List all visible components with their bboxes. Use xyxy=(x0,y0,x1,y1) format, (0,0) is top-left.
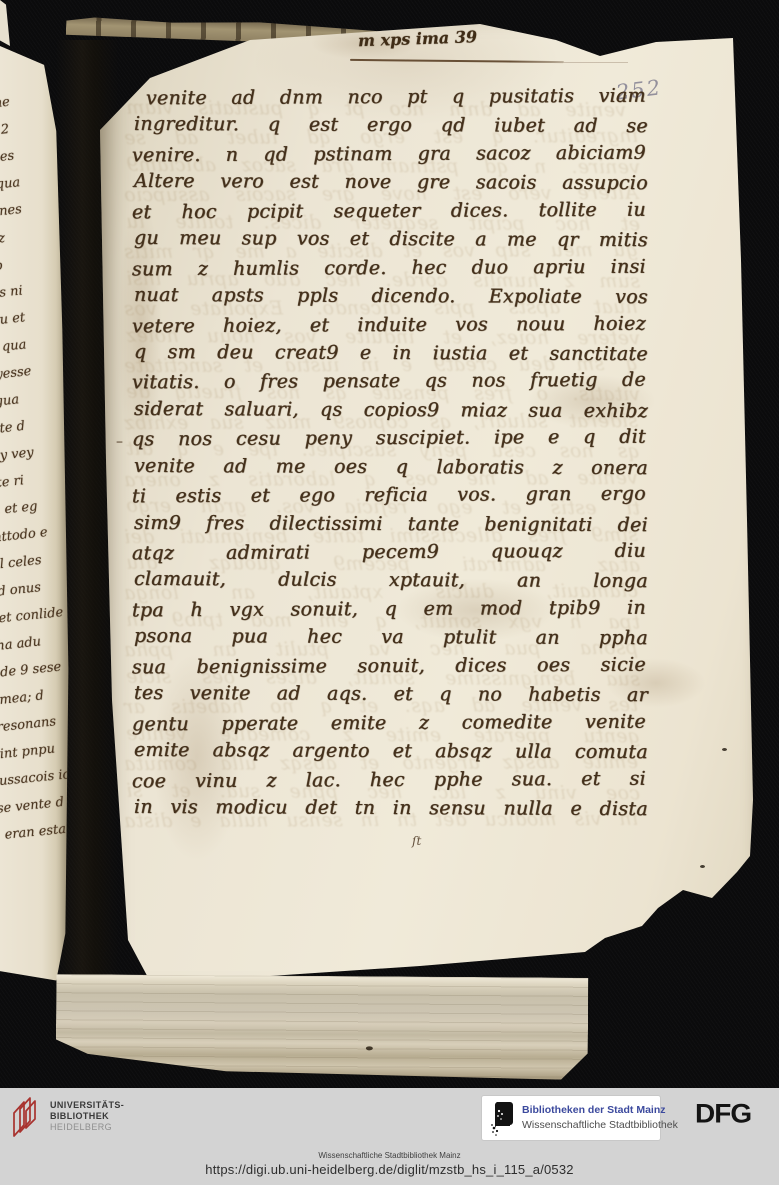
manuscript-text-line: sim9 fres dilectissimi tante benignitati… xyxy=(134,511,648,542)
running-header-underline xyxy=(350,59,564,63)
manuscript-text-line: ti estis et ego reficia vos. gran ergo xyxy=(132,483,646,514)
manuscript-page: m xps ima 39 252 venite ad dnm nco pt q … xyxy=(96,22,756,988)
running-header-underline-tail xyxy=(564,62,628,63)
heidelberg-line3: HEIDELBERG xyxy=(50,1122,124,1133)
edge-fleck xyxy=(366,1046,373,1050)
manuscript-text-line: qs nos cesu peny suscipiet. ipe e q dit xyxy=(132,426,646,457)
manuscript-text-line: siderat saluari, qs copios9 miaz sua exh… xyxy=(134,398,648,429)
footer-bar: UNIVERSITÄTS- BIBLIOTHEK HEIDELBERG Bibl… xyxy=(0,1088,779,1185)
page-edge-streaks xyxy=(56,974,589,1080)
manuscript-text-line: venite ad me oes q laboratis z onera xyxy=(134,455,648,486)
heidelberg-line2: BIBLIOTHEK xyxy=(50,1111,124,1122)
manuscript-text-line: et hoc pcipit sequeter dices. tollite iu xyxy=(132,198,646,229)
mainz-line2: Wissenschaftliche Stadtbibliothek xyxy=(522,1119,678,1131)
page-edges-bottom xyxy=(56,974,589,1080)
ink-fleck xyxy=(722,748,727,751)
footer-url: https://digi.ub.uni-heidelberg.de/diglit… xyxy=(0,1162,779,1177)
manuscript-text-line: atqz admirati pecem9 quouqz diu xyxy=(132,540,646,571)
facing-page-edge: nares su fineceta, pzes 2ude, ysdenesech… xyxy=(0,46,76,990)
manuscript-text-line: emite absqz argento et absqz ulla comuta xyxy=(134,739,648,770)
manuscript-text-line: vitatis. o fres pensate qs nos fruetig d… xyxy=(132,369,646,400)
manuscript-text-line: nuat apsts ppls dicendo. Expoliate vos xyxy=(134,284,648,315)
manuscript-text-line: ingreditur. q est ergo qd iubet ad se xyxy=(134,113,648,144)
manuscript-text-line: coe vinu z lac. hec pphe sua. et si xyxy=(132,767,646,798)
manuscript-text-line: sum z humlis corde. hec duo apriu insi xyxy=(132,255,646,286)
heidelberg-logo: UNIVERSITÄTS- BIBLIOTHEK HEIDELBERG xyxy=(10,1097,124,1139)
mainz-badge: Bibliotheken der Stadt Mainz Wissenschaf… xyxy=(482,1096,660,1140)
facing-page-text: nares su fineceta, pzes 2ude, ysdenesech… xyxy=(0,93,76,856)
heidelberg-line1: UNIVERSITÄTS- xyxy=(50,1100,124,1111)
manuscript-text-line: venite ad dnm nco pt q pusitatis viam xyxy=(132,85,646,116)
manuscript-text-line: Altere vero est nove gre sacois assupcio xyxy=(134,170,648,201)
dfg-logo: DFG xyxy=(695,1099,751,1129)
scan-photo: nares su fineceta, pzes 2ude, ysdenesech… xyxy=(0,0,779,1088)
page-corner-sliver xyxy=(0,0,10,46)
ink-fleck xyxy=(700,865,705,868)
manuscript-text-line: gentu pperate emite z comedite venite xyxy=(132,710,646,741)
manuscript-text-line: q sm deu creat9 e in iustia et sanctitat… xyxy=(134,341,648,372)
manuscript-text: venite ad dnm nco pt q pusitatis viaming… xyxy=(132,86,646,825)
manuscript-text-line: psona pua hec va ptulit an ppha xyxy=(134,625,648,656)
manuscript-text-line: tes venite ad aqs. et q no habetis ar xyxy=(134,682,648,713)
manuscript-text-line: gu meu sup vos et discite a me qr mitis xyxy=(134,227,648,258)
scan-viewer: nares su fineceta, pzes 2ude, ysdenesech… xyxy=(0,0,779,1185)
manuscript-text-line: vetere hoiez, et induite vos nouu hoiez xyxy=(132,312,646,343)
manuscript-text-line: venire. n qd pstinam gra sacoz abiciam9 xyxy=(132,142,646,173)
manuscript-text-line: tpa h vgx sonuit, q em mod tpib9 in xyxy=(132,597,646,628)
mainz-line1: Bibliotheken der Stadt Mainz xyxy=(522,1104,666,1116)
heidelberg-books-icon xyxy=(10,1097,42,1139)
end-of-text-mark: ſt xyxy=(412,834,421,848)
manuscript-text-line: in vis modicu det tn in sensu nulla e di… xyxy=(134,796,648,827)
mainz-book-icon xyxy=(489,1101,517,1137)
heidelberg-logo-text: UNIVERSITÄTS- BIBLIOTHEK HEIDELBERG xyxy=(50,1100,124,1133)
footer-caption: Wissenschaftliche Stadtbibliothek Mainz xyxy=(0,1151,779,1160)
manuscript-text-line: sua benignissime sonuit, dices oes sicie xyxy=(132,653,646,684)
manuscript-text-line: clamauit, dulcis xptauit, an longa xyxy=(134,568,648,599)
running-header: m xps ima 39 xyxy=(358,25,549,51)
margin-mark: – xyxy=(116,434,123,450)
